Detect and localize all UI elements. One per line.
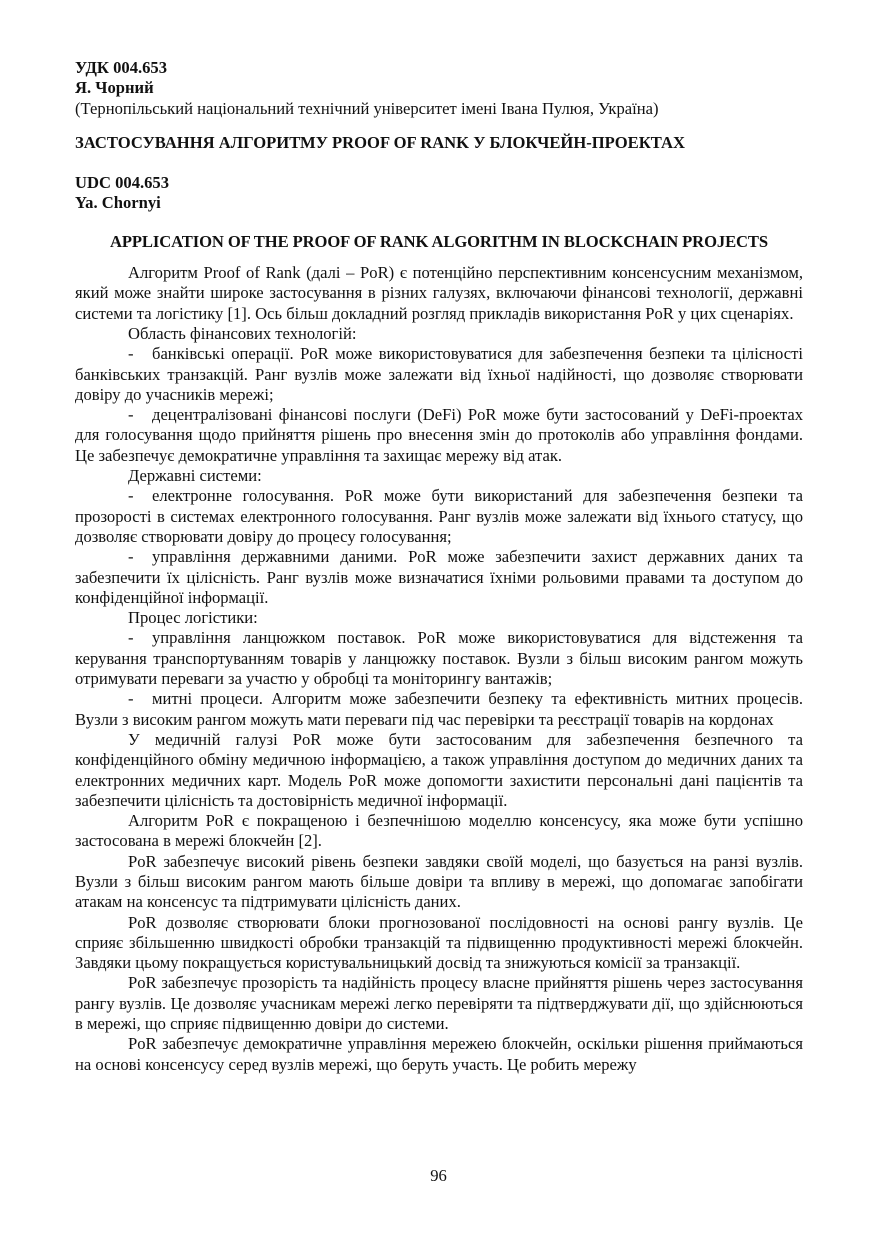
paragraph-text: управління ланцюжком поставок. PoR може … bbox=[75, 628, 803, 688]
author-ua: Я. Чорний bbox=[75, 78, 803, 98]
bullet-dash: - bbox=[128, 405, 152, 425]
page-number: 96 bbox=[0, 1166, 877, 1186]
paragraph: Алгоритм PoR є покращеною і безпечнішою … bbox=[75, 811, 803, 852]
paragraph: PoR забезпечує високий рівень безпеки за… bbox=[75, 852, 803, 913]
bullet-dash: - bbox=[128, 628, 152, 648]
paragraph-text: Державні системи: bbox=[128, 466, 262, 485]
list-item: -децентралізовані фінансові послуги (DeF… bbox=[75, 405, 803, 466]
paragraph: Державні системи: bbox=[75, 466, 803, 486]
paragraph-text: PoR дозволяє створювати блоки прогнозова… bbox=[75, 913, 803, 973]
article-body: Алгоритм Proof of Rank (далі – PoR) є по… bbox=[75, 263, 803, 1075]
list-item: -управління державними даними. PoR може … bbox=[75, 547, 803, 608]
paragraph-text: Процес логістики: bbox=[128, 608, 258, 627]
author-en: Ya. Chornyi bbox=[75, 193, 803, 213]
bullet-dash: - bbox=[128, 344, 152, 364]
bullet-dash: - bbox=[128, 547, 152, 567]
paragraph-text: У медичній галузі PoR може бути застосов… bbox=[75, 730, 803, 810]
title-ua: ЗАСТОСУВАННЯ АЛГОРИТМУ PROOF OF RANK У Б… bbox=[75, 133, 803, 153]
paragraph-text: управління державними даними. PoR може з… bbox=[75, 547, 803, 607]
bullet-dash: - bbox=[128, 486, 152, 506]
paragraph: PoR дозволяє створювати блоки прогнозова… bbox=[75, 913, 803, 974]
paragraph-text: електронне голосування. PoR може бути ви… bbox=[75, 486, 803, 546]
paragraph-text: PoR забезпечує демократичне управління м… bbox=[75, 1034, 803, 1073]
udc-code: UDC 004.653 bbox=[75, 173, 803, 193]
list-item: -митні процеси. Алгоритм може забезпечит… bbox=[75, 689, 803, 730]
paragraph: PoR забезпечує прозорість та надійність … bbox=[75, 973, 803, 1034]
paragraph-text: PoR забезпечує прозорість та надійність … bbox=[75, 973, 803, 1033]
paragraph: Область фінансових технологій: bbox=[75, 324, 803, 344]
paragraph-text: децентралізовані фінансові послуги (DeFi… bbox=[75, 405, 803, 465]
paragraph: У медичній галузі PoR може бути застосов… bbox=[75, 730, 803, 811]
paragraph: Процес логістики: bbox=[75, 608, 803, 628]
udk-code: УДК 004.653 bbox=[75, 58, 803, 78]
paragraph-text: Алгоритм Proof of Rank (далі – PoR) є по… bbox=[75, 263, 803, 323]
paragraph-text: PoR забезпечує високий рівень безпеки за… bbox=[75, 852, 803, 912]
list-item: -електронне голосування. PoR може бути в… bbox=[75, 486, 803, 547]
affiliation-ua: (Тернопільський національний технічний у… bbox=[75, 99, 803, 119]
bullet-dash: - bbox=[128, 689, 152, 709]
paragraph-text: Область фінансових технологій: bbox=[128, 324, 356, 343]
document-page: УДК 004.653 Я. Чорний (Тернопільський на… bbox=[75, 58, 803, 1075]
title-en: APPLICATION OF THE PROOF OF RANK ALGORIT… bbox=[75, 232, 803, 252]
paragraph-text: банківські операції. PoR може використов… bbox=[75, 344, 803, 404]
paragraph-text: митні процеси. Алгоритм може забезпечити… bbox=[75, 689, 803, 728]
list-item: -банківські операції. PoR може використо… bbox=[75, 344, 803, 405]
paragraph-text: Алгоритм PoR є покращеною і безпечнішою … bbox=[75, 811, 803, 850]
list-item: -управління ланцюжком поставок. PoR може… bbox=[75, 628, 803, 689]
paragraph: PoR забезпечує демократичне управління м… bbox=[75, 1034, 803, 1075]
paragraph: Алгоритм Proof of Rank (далі – PoR) є по… bbox=[75, 263, 803, 324]
